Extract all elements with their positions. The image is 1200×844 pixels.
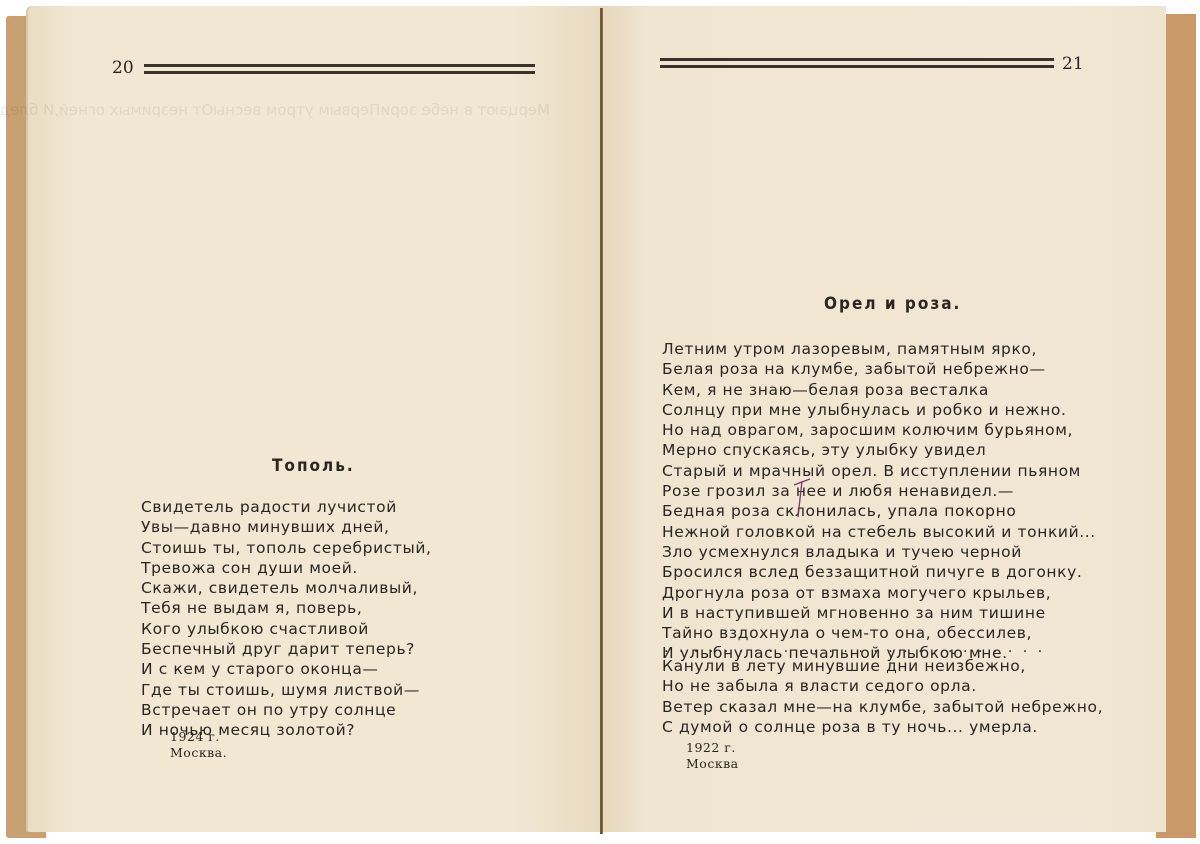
poem-line: Кем, я не знаю—белая роза весталка <box>662 380 1096 400</box>
poem-year: 1922 г. <box>686 740 739 756</box>
poem-line: Мерцают в небе зори <box>380 101 550 119</box>
poem-line: Беспечный друг дарит теперь? <box>141 639 432 659</box>
poem-dateline-right: 1922 г. Москва <box>686 740 739 772</box>
poem-line: Мерно спускаясь, эту улыбку увидел <box>662 440 1096 460</box>
poem-line: Дрогнула роза от взмаха могучего крыльев… <box>662 583 1096 603</box>
poem-line: Ветер сказал мне—на клумбе, забытой небр… <box>662 697 1103 717</box>
bleed-through-text: Мерцают в небе зориПервым утром весныОт … <box>250 100 550 120</box>
poem-title-topol: Тополь. <box>272 456 355 476</box>
poem-line: Свидетель радости лучистой <box>141 497 432 517</box>
poem-line: Скажи, свидетель молчаливый, <box>141 578 432 598</box>
poem-line: Бедная роза склонилась, упала покорно <box>662 501 1096 521</box>
poem-line: Где ты стоишь, шумя листвой— <box>141 680 432 700</box>
poem-line: Старый и мрачный орел. В исступлении пья… <box>662 461 1096 481</box>
poem-line: Встречает он по утру солнце <box>141 700 432 720</box>
poem-line: Зло усмехнулся владыка и тучею черной <box>662 542 1096 562</box>
poem-line: Увы—давно минувших дней, <box>141 517 432 537</box>
poem-line: Розе грозил за нее и любя ненавидел.— <box>662 481 1096 501</box>
poem-place: Москва. <box>170 745 227 761</box>
poem-place: Москва <box>686 756 739 772</box>
poem-line: Первым утром весны <box>213 101 380 119</box>
page-number-right: 21 <box>1062 54 1084 74</box>
page-number-left: 20 <box>112 58 134 78</box>
pencil-correction-mark <box>790 477 814 519</box>
poem-line: Но не забыла я власти седого орла. <box>662 676 1103 696</box>
poem-line: Канули в лету минувшие дни неизбежно, <box>662 656 1103 676</box>
poem-body-stanza-2: Канули в лету минувшие дни неизбежно,Но … <box>662 656 1103 737</box>
poem-line: И с кем у старого оконца— <box>141 659 432 679</box>
poem-line: Белая роза на клумбе, забытой небрежно— <box>662 359 1096 379</box>
poem-line: С думой о солнце роза в ту ночь... умерл… <box>662 717 1103 737</box>
poem-body-topol: Свидетель радости лучистойУвы—давно мину… <box>141 497 432 741</box>
header-rule-right <box>660 58 1054 68</box>
poem-line: Тебя не выдам я, поверь, <box>141 598 432 618</box>
poem-line: И бледнеют моря <box>0 101 54 119</box>
poem-year: 1924 г. <box>170 729 227 745</box>
poem-title-orel-i-roza: Орел и роза. <box>824 294 961 314</box>
poem-line: От незримых огней, <box>54 101 213 119</box>
poem-line: Стоишь ты, тополь серебристый, <box>141 538 432 558</box>
book-spine <box>600 8 603 834</box>
stanza-separator: .......................... <box>664 640 1053 656</box>
header-rule-left <box>144 64 535 74</box>
poem-line: Тревожа сон души моей. <box>141 558 432 578</box>
poem-line: И в наступившей мгновенно за ним тишине <box>662 603 1096 623</box>
poem-dateline-left: 1924 г. Москва. <box>170 729 227 761</box>
poem-line: Но над оврагом, заросшим колючим бурьяно… <box>662 420 1096 440</box>
poem-body-stanza-1: Летним утром лазоревым, памятным ярко,Бе… <box>662 339 1096 664</box>
poem-line: Нежной головкой на стебель высокий и тон… <box>662 522 1096 542</box>
poem-line: Летним утром лазоревым, памятным ярко, <box>662 339 1096 359</box>
poem-line: Бросился вслед беззащитной пичуге в дого… <box>662 562 1096 582</box>
poem-line: Солнцу при мне улыбнулась и робко и нежн… <box>662 400 1096 420</box>
poem-line: Кого улыбкою счастливой <box>141 619 432 639</box>
